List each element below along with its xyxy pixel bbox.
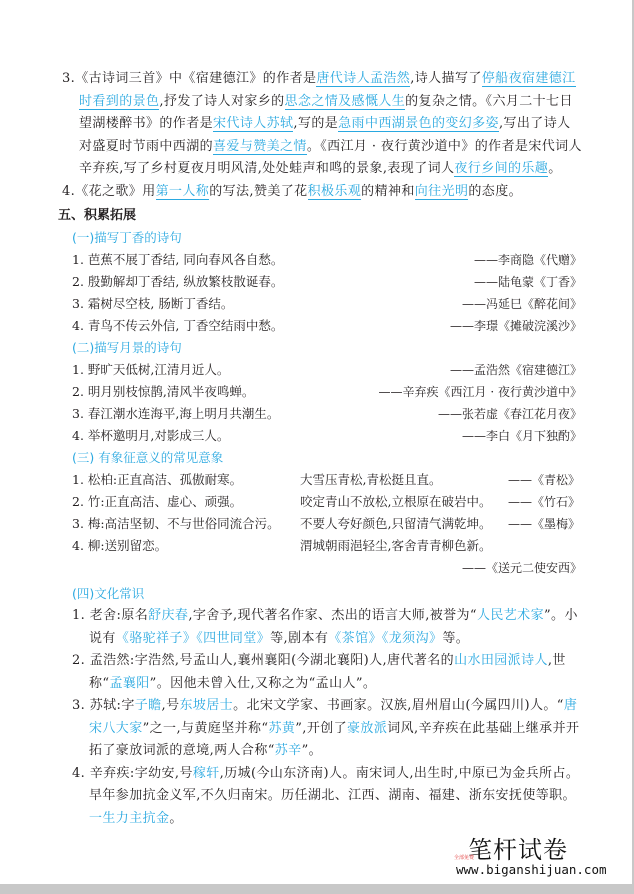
- imagery-meaning: 4. 柳:送别留恋。: [72, 535, 300, 557]
- key-term: 子瞻: [135, 698, 162, 713]
- text-run: ”,开创了: [295, 721, 347, 736]
- text-run: 3.《古诗词三首》中《宿建德江》的作者是: [62, 71, 316, 86]
- poem-row: 4. 举杯邀明月,对影成三人。——李白《月下独酌》: [72, 425, 582, 447]
- imagery-verse: 咬定青山不放松,立根原在破岩中。: [300, 491, 500, 513]
- imagery-verse: 大雪压青松,青松挺且直。: [300, 469, 500, 491]
- key-term: 东坡居士: [179, 698, 233, 713]
- key-term: 山水田园派诗人: [454, 653, 548, 668]
- poem-source: ——李白《月下独酌》: [462, 425, 582, 447]
- subsection-title-lilac-poems: (一)描写丁香的诗句: [72, 227, 582, 249]
- imagery-row: 1. 松柏:正直高洁、孤傲耐寒。大雪压青松,青松挺且直。——《青松》: [72, 469, 582, 491]
- subsection-title-imagery: (三) 有象征意义的常见意象: [72, 447, 582, 469]
- answer-highlight: 唐代诗人孟浩然: [316, 71, 410, 87]
- poem-line: 4. 青鸟不传云外信, 丁香空结雨中愁。: [72, 315, 283, 337]
- subsection-title-moon-poems: (二)描写月景的诗句: [72, 337, 582, 359]
- poem-source: ——冯延巳《醉花间》: [462, 293, 582, 315]
- poem-line: 2. 明月别枝惊鹊,清风半夜鸣蝉。: [72, 381, 254, 403]
- watermark-free-label: 全部免费: [454, 854, 474, 861]
- key-term: 苏黄: [268, 721, 295, 736]
- text-run: 。北宋文学家、书画家。汉族,眉州眉山(今属四川)人。“: [233, 698, 564, 713]
- poem-row: 1. 芭蕉不展丁香结, 同向春风各自愁。——李商隐《代赠》: [72, 249, 582, 271]
- poem-source: ——陆龟蒙《丁香》: [474, 271, 582, 293]
- imagery-row: 4. 柳:送别留恋。渭城朝雨浥轻尘,客舍青青柳色新。: [72, 535, 582, 557]
- lilac-poem-list: 1. 芭蕉不展丁香结, 同向春风各自愁。——李商隐《代赠》 2. 殷勤解却丁香结…: [62, 249, 582, 337]
- poem-line: 2. 殷勤解却丁香结, 纵放繁枝散诞春。: [72, 271, 283, 293]
- key-term: 稼轩: [193, 766, 220, 781]
- imagery-verse: 不要人夸好颜色,只留清气满乾坤。: [300, 513, 500, 535]
- poem-line: 4. 举杯邀明月,对影成三人。: [72, 425, 229, 447]
- section-heading: 五、积累拓展: [58, 205, 582, 227]
- imagery-source: [500, 535, 580, 557]
- watermark-title: 笔杆试卷: [468, 830, 568, 865]
- poem-row: 2. 殷勤解却丁香结, 纵放繁枝散诞春。——陆龟蒙《丁香》: [72, 271, 582, 293]
- text-run: ,诗人描写了: [410, 71, 482, 86]
- poem-source: ——辛弃疾《西江月 · 夜行黄沙道中》: [379, 381, 582, 403]
- text-run: 的写法,赞美了花: [209, 184, 307, 199]
- text-run: ”之一,与黄庭坚并称“: [143, 721, 269, 736]
- key-term: 《骆驼祥子》《四世同堂》: [116, 631, 270, 646]
- poem-row: 4. 青鸟不传云外信, 丁香空结雨中愁。——李璟《摊破浣溪沙》: [72, 315, 582, 337]
- answer-highlight: 思念之情及感慨人生: [285, 94, 406, 110]
- poem-row: 3. 春江潮水连海平,海上明月共潮生。——张若虚《春江花月夜》: [72, 403, 582, 425]
- poem-source: ——张若虚《春江花月夜》: [438, 403, 582, 425]
- text-run: ”。: [302, 743, 322, 758]
- culture-item-xinqiji: 4. 辛弃疾:字幼安,号稼轩,历城(今山东济南)人。南宋词人,出生时,中原已为金…: [72, 763, 582, 831]
- poem-source: ——李璟《摊破浣溪沙》: [450, 315, 582, 337]
- subsection-title-culture: (四)文化常识: [72, 583, 582, 605]
- key-term: 孟襄阳: [109, 676, 149, 691]
- answer-item-3: 3.《古诗词三首》中《宿建德江》的作者是唐代诗人孟浩然,诗人描写了停船夜宿建德江…: [62, 68, 582, 181]
- text-run: 4. 辛弃疾:字幼安,号: [72, 766, 193, 781]
- key-term: 舒庆春: [148, 608, 188, 623]
- poem-row: 1. 野旷天低树,江清月近人。——孟浩然《宿建德江》: [72, 359, 582, 381]
- document-page: 3.《古诗词三首》中《宿建德江》的作者是唐代诗人孟浩然,诗人描写了停船夜宿建德江…: [0, 0, 634, 884]
- answer-highlight: 向往光明: [415, 184, 469, 200]
- answer-highlight: 喜爱与赞美之情: [213, 139, 307, 155]
- poem-source: ——孟浩然《宿建德江》: [450, 359, 582, 381]
- imagery-row: 2. 竹:正直高洁、虚心、顽强。咬定青山不放松,立根原在破岩中。——《竹石》: [72, 491, 582, 513]
- imagery-meaning: 3. 梅:高洁坚韧、不与世俗同流合污。: [72, 513, 300, 535]
- text-run: 4.《花之歌》用: [62, 184, 156, 199]
- key-term: 豪放派: [347, 721, 387, 736]
- poem-line: 3. 霜树尽空枝, 肠断丁香结。: [72, 293, 233, 315]
- imagery-source: ——《墨梅》: [500, 513, 580, 535]
- poem-source: ——李商隐《代赠》: [474, 249, 582, 271]
- poem-row: 2. 明月别枝惊鹊,清风半夜鸣蝉。——辛弃疾《西江月 · 夜行黄沙道中》: [72, 381, 582, 403]
- culture-item-laoshe: 1. 老舍:原名舒庆春,字舍予,现代著名作家、杰出的语言大师,被誉为“人民艺术家…: [72, 605, 582, 650]
- watermark-url: www.biganshijuan.com: [456, 862, 607, 877]
- text-run: 。: [169, 811, 182, 826]
- text-run: 等。: [442, 631, 469, 646]
- text-run: 1. 老舍:原名: [72, 608, 148, 623]
- culture-item-sushi: 3. 苏轼:字子瞻,号东坡居士。北宋文学家、书画家。汉族,眉州眉山(今属四川)人…: [72, 695, 582, 763]
- imagery-source: ——《青松》: [500, 469, 580, 491]
- answer-highlight: 夜行乡间的乐趣: [454, 161, 548, 177]
- imagery-source: ——《竹石》: [500, 491, 580, 513]
- text-run: ,抒发了诗人对家乡的: [159, 94, 284, 109]
- key-term: 人民艺术家: [477, 608, 544, 623]
- poem-line: 1. 芭蕉不展丁香结, 同向春风各自愁。: [72, 249, 283, 271]
- page-bottom-border: [0, 884, 634, 894]
- imagery-source-last: ——《送元二使安西》: [62, 557, 582, 579]
- answer-highlight: 宋代诗人苏轼: [213, 116, 293, 132]
- page-content: 3.《古诗词三首》中《宿建德江》的作者是唐代诗人孟浩然,诗人描写了停船夜宿建德江…: [62, 68, 582, 830]
- key-term: 《茶馆》《龙须沟》: [328, 631, 442, 646]
- culture-list: 1. 老舍:原名舒庆春,字舍予,现代著名作家、杰出的语言大师,被誉为“人民艺术家…: [72, 605, 582, 830]
- key-term: 一生力主抗金: [89, 811, 169, 826]
- text-run: 的精神和: [361, 184, 415, 199]
- text-run: 。: [548, 161, 561, 176]
- imagery-meaning: 2. 竹:正直高洁、虚心、顽强。: [72, 491, 300, 513]
- answer-item-4: 4.《花之歌》用第一人称的写法,赞美了花积极乐观的精神和向往光明的态度。: [62, 181, 582, 204]
- moon-poem-list: 1. 野旷天低树,江清月近人。——孟浩然《宿建德江》 2. 明月别枝惊鹊,清风半…: [62, 359, 582, 447]
- culture-item-menghaoran: 2. 孟浩然:字浩然,号孟山人,襄州襄阳(今湖北襄阳)人,唐代著名的山水田园派诗…: [72, 650, 582, 695]
- text-run: 等,剧本有: [270, 631, 328, 646]
- imagery-verse: 渭城朝雨浥轻尘,客舍青青柳色新。: [300, 535, 500, 557]
- imagery-list: 1. 松柏:正直高洁、孤傲耐寒。大雪压青松,青松挺且直。——《青松》 2. 竹:…: [62, 469, 582, 579]
- imagery-row: 3. 梅:高洁坚韧、不与世俗同流合污。不要人夸好颜色,只留清气满乾坤。——《墨梅…: [72, 513, 582, 535]
- text-run: ,写的是: [293, 116, 338, 131]
- text-run: ”。因他未曾入仕,又称之为“孟山人”。: [150, 676, 377, 691]
- text-run: ,号: [162, 698, 180, 713]
- answer-highlight: 第一人称: [156, 184, 210, 200]
- text-run: 2. 孟浩然:字浩然,号孟山人,襄州襄阳(今湖北襄阳)人,唐代著名的: [72, 653, 454, 668]
- poem-line: 3. 春江潮水连海平,海上明月共潮生。: [72, 403, 279, 425]
- poem-line: 1. 野旷天低树,江清月近人。: [72, 359, 229, 381]
- text-run: 3. 苏轼:字: [72, 698, 135, 713]
- text-run: ,字舍予,现代著名作家、杰出的语言大师,被誉为“: [188, 608, 477, 623]
- watermark-logo: 笔杆试卷 全部免费 www.biganshijuan.com: [458, 830, 618, 880]
- text-run: 的态度。: [468, 184, 522, 199]
- key-term: 苏辛: [275, 743, 302, 758]
- poem-row: 3. 霜树尽空枝, 肠断丁香结。——冯延巳《醉花间》: [72, 293, 582, 315]
- answer-highlight: 急雨中西湖景色的变幻多姿: [338, 116, 499, 132]
- imagery-meaning: 1. 松柏:正直高洁、孤傲耐寒。: [72, 469, 300, 491]
- answer-highlight: 积极乐观: [308, 184, 362, 200]
